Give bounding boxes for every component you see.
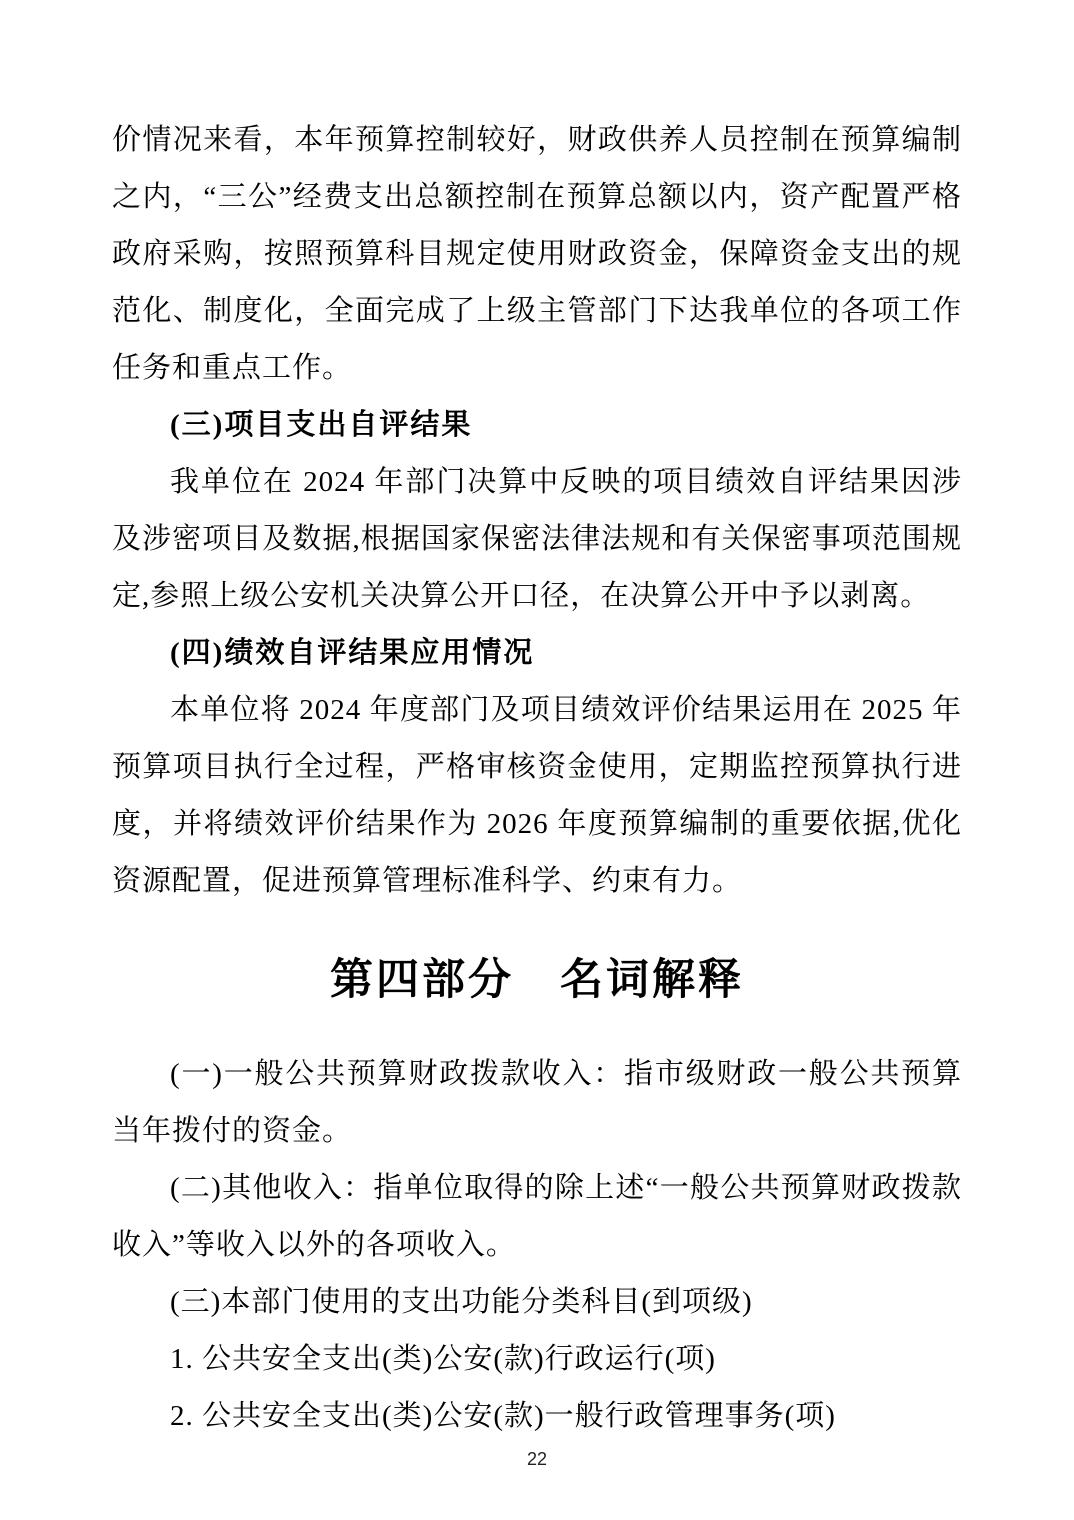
page-number: 22 (0, 1449, 1074, 1470)
definition-1: (一)一般公共预算财政拨款收入：指市级财政一般公共预算当年拨付的资金。 (112, 1046, 962, 1160)
list-item-1: 1. 公共安全支出(类)公安(款)行政运行(项) (112, 1331, 962, 1388)
section-heading-item4: (四)绩效自评结果应用情况 (112, 625, 962, 682)
definition-2: (二)其他收入：指单位取得的除上述“一般公共预算财政拨款收入”等收入以外的各项收… (112, 1160, 962, 1274)
section-heading-item3: (三)项目支出自评结果 (112, 397, 962, 454)
list-item-2: 2. 公共安全支出(类)公安(款)一般行政管理事务(项) (112, 1388, 962, 1445)
paragraph-item4: 本单位将 2024 年度部门及项目绩效评价结果运用在 2025 年预算项目执行全… (112, 682, 962, 910)
document-page: 价情况来看，本年预算控制较好，财政供养人员控制在预算编制之内，“三公”经费支出总… (0, 0, 1074, 1520)
definition-3: (三)本部门使用的支出功能分类科目(到项级) (112, 1274, 962, 1331)
paragraph-item3: 我单位在 2024 年部门决算中反映的项目绩效自评结果因涉及涉密项目及数据,根据… (112, 454, 962, 625)
paragraph-continuation: 价情况来看，本年预算控制较好，财政供养人员控制在预算编制之内，“三公”经费支出总… (112, 112, 962, 397)
part-title: 第四部分 名词解释 (112, 952, 962, 1008)
